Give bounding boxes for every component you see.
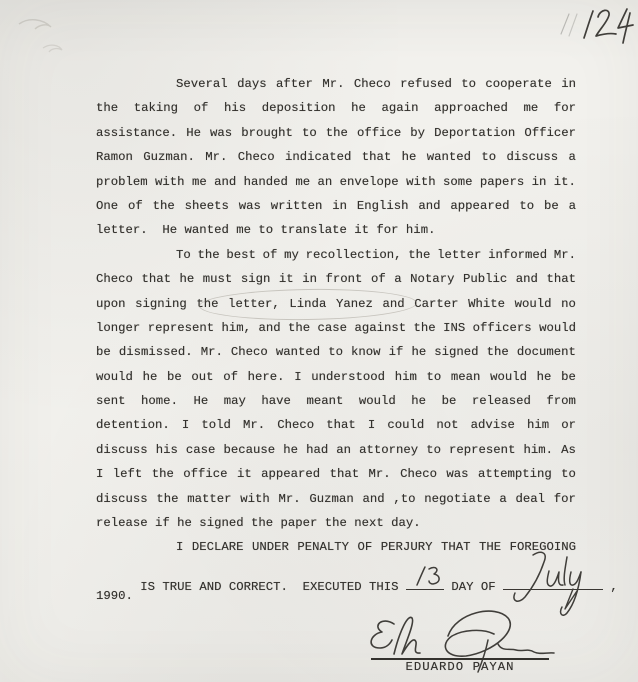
text-line: SeveraldaysafterMr.Checorefusedtocoopera… bbox=[96, 72, 576, 96]
scan-smudge-marks bbox=[5, 10, 85, 70]
text-line: senthome.Hemayhavemeantwouldhebereleased… bbox=[96, 389, 576, 413]
text-line: ChecothathemustsignitinfrontofaNotaryPub… bbox=[96, 267, 576, 291]
handwritten-page-number bbox=[555, 2, 638, 50]
text-line: thetakingofhisdepositionheagainapproache… bbox=[96, 96, 576, 120]
text-line: Tothebestofmyrecollection,theletterinfor… bbox=[96, 243, 576, 267]
month-blank bbox=[503, 574, 603, 590]
text-line: wouldhebeoutofhere.Iunderstoodhimtomeanw… bbox=[96, 365, 576, 389]
document-body: SeveraldaysafterMr.Checorefusedtocoopera… bbox=[96, 72, 576, 609]
signature-typed-name: EDUARDO PAYAN bbox=[371, 660, 549, 674]
scanned-document-page: SeveraldaysafterMr.Checorefusedtocoopera… bbox=[0, 0, 638, 682]
text-line: discusshiscasebecausehehadanattorneytore… bbox=[96, 438, 576, 462]
text-line: IlefttheofficeitappearedthatMr.Checowasa… bbox=[96, 462, 576, 486]
day-blank bbox=[406, 574, 444, 590]
text-line: OneofthesheetswaswritteninEnglishandappe… bbox=[96, 194, 576, 218]
handwritten-day-script bbox=[408, 563, 446, 593]
execution-line: IS TRUE AND CORRECT. EXECUTED THIS DAY O… bbox=[96, 560, 576, 584]
text-line: letter. He wanted me to translate it for… bbox=[96, 218, 576, 242]
execution-suffix: , bbox=[603, 580, 618, 594]
text-line: longerrepresenthim,andthecaseagainsttheI… bbox=[96, 316, 576, 340]
text-line: detention.ItoldMr.ChecothatIcouldnotadvi… bbox=[96, 413, 576, 437]
text-line: problemwithmeandhandedmeanenvelopewithso… bbox=[96, 170, 576, 194]
year-text: 1990. bbox=[96, 589, 133, 603]
text-line: assistance.HewasbroughttotheofficebyDepo… bbox=[96, 121, 576, 145]
text-line: release if he signed the paper the next … bbox=[96, 511, 576, 535]
execution-prefix: IS TRUE AND CORRECT. EXECUTED THIS bbox=[140, 580, 406, 594]
text-line: discussthematterwithMr.Guzmanand,tonegot… bbox=[96, 487, 576, 511]
text-line: bedismissed.Mr.Checowantedtoknowifhesign… bbox=[96, 340, 576, 364]
text-line: RamonGuzman.Mr.Checoindicatedthathewante… bbox=[96, 145, 576, 169]
execution-mid: DAY OF bbox=[444, 580, 503, 594]
